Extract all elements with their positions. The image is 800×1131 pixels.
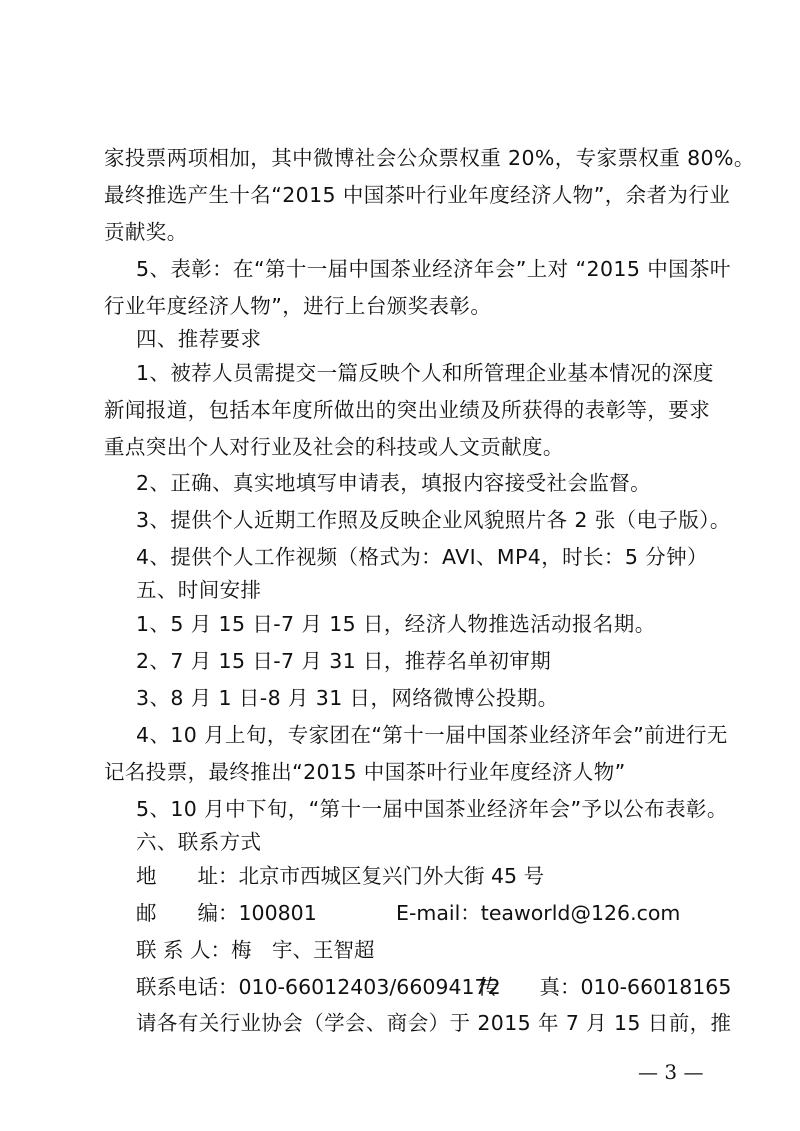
paragraph-line: 家投票两项相加，其中微博社会公众票权重 20%，专家票权重 80%。 [104, 145, 755, 171]
person-value: 梅 宇、王智超 [231, 938, 375, 962]
section-heading: 四、推荐要求 [136, 326, 261, 352]
paragraph-line: 2、正确、真实地填写申请表，填报内容接受社会监督。 [136, 470, 651, 496]
phone-value: 010-66012403/66094172 [239, 975, 501, 999]
paragraph-line: 4、提供个人工作视频（格式为：AVI、MP4，时长：5 分钟） [136, 544, 708, 570]
contact-address: 地 址：北京市西城区复兴门外大街 45 号 [136, 863, 544, 889]
postcode-label: 邮 编： [136, 900, 239, 926]
paragraph-line: 1、5 月 15 日-7 月 15 日，经济人物推选活动报名期。 [136, 611, 656, 637]
paragraph-line: 2、7 月 15 日-7 月 31 日，推荐名单初审期 [136, 648, 551, 674]
section-heading: 五、时间安排 [136, 577, 261, 603]
paragraph-line: 贡献奖。 [104, 219, 188, 245]
paragraph-line: 最终推选产生十名“2015 中国茶叶行业年度经济人物”，余者为行业 [104, 182, 730, 208]
paragraph-line: 5、10 月中下旬，“第十一届中国茶业经济年会”予以公布表彰。 [136, 796, 728, 822]
paragraph-line: 4、10 月上旬，专家团在“第十一届中国茶业经济年会”前进行无 [136, 722, 728, 748]
phone-label: 联系电话： [136, 974, 239, 1000]
paragraph-line: 行业年度经济人物”，进行上台颁奖表彰。 [104, 293, 491, 319]
page-number: — 3 — [638, 1060, 703, 1084]
fax-value: 010-66018165 [581, 975, 732, 999]
closing-line: 请各有关行业协会（学会、商会）于 2015 年 7 月 15 日前，推 [136, 1010, 731, 1036]
fax-label: 传 真： [478, 975, 581, 999]
contact-phone: 联系电话：010-66012403/66094172 [136, 974, 501, 1000]
paragraph-line: 新闻报道，包括本年度所做出的突出业绩及所获得的表彰等，要求 [104, 397, 710, 423]
email-value[interactable]: teaworld@126.com [481, 901, 681, 925]
contact-person: 联 系 人：梅 宇、王智超 [136, 937, 375, 963]
person-label: 联 系 人： [136, 937, 231, 963]
address-label: 地 址： [136, 863, 239, 889]
address-value: 北京市西城区复兴门外大街 45 号 [239, 864, 545, 888]
paragraph-line: 重点突出个人对行业及社会的科技或人文贡献度。 [104, 434, 564, 460]
paragraph-line: 记名投票，最终推出“2015 中国茶叶行业年度经济人物” [104, 759, 626, 785]
contact-postcode: 邮 编：100801 [136, 900, 317, 926]
paragraph-line: 1、被荐人员需提交一篇反映个人和所管理企业基本情况的深度 [136, 360, 714, 386]
section-heading: 六、联系方式 [136, 829, 261, 855]
paragraph-line: 5、表彰：在“第十一届中国茶业经济年会”上对 “2015 中国茶叶 [136, 256, 731, 282]
email-label: E-mail： [396, 901, 481, 925]
contact-email: E-mail：teaworld@126.com [396, 900, 680, 926]
postcode-value: 100801 [239, 901, 317, 925]
contact-fax: 传 真：010-66018165 [478, 974, 731, 1000]
paragraph-line: 3、8 月 1 日-8 月 31 日，网络微博公投期。 [136, 685, 559, 711]
paragraph-line: 3、提供个人近期工作照及反映企业风貌照片各 2 张（电子版）。 [136, 507, 731, 533]
